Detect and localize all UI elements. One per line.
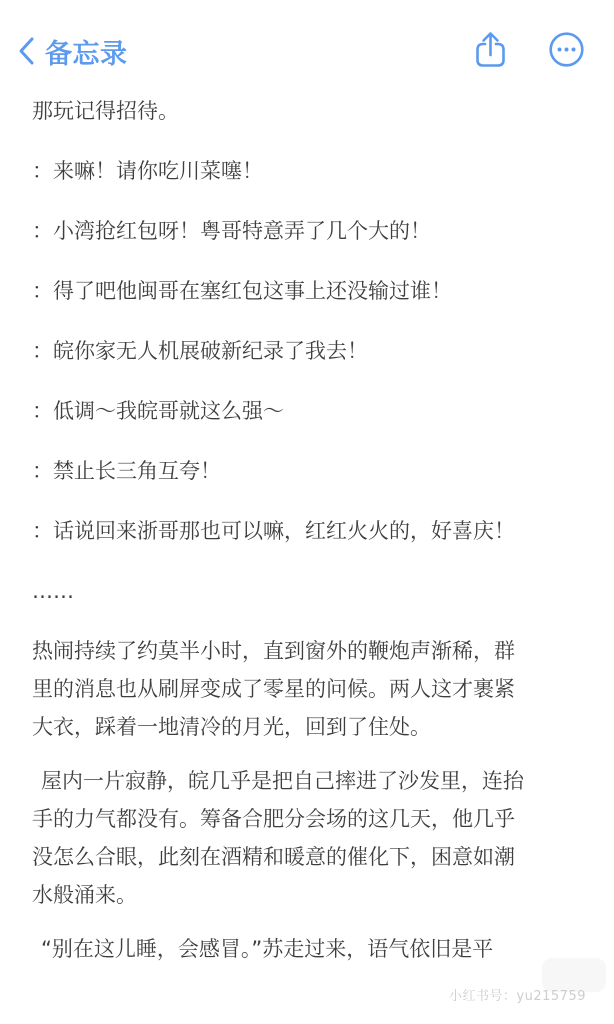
note-line: ：禁止长三角互夸！ xyxy=(32,452,582,490)
ellipsis-circle-icon xyxy=(549,55,584,70)
note-paragraph: 屋内一片寂静，皖几乎是把自己摔进了沙发里，连抬 手的力气都没有。筹备合肥分会场的… xyxy=(32,762,582,914)
note-line: ：低调～我皖哥就这么强～ xyxy=(32,392,582,430)
note-paragraph: “别在这儿睡，会感冒。”苏走过来，语气依旧是平 xyxy=(32,930,582,968)
more-button[interactable] xyxy=(549,32,584,70)
note-line: ：皖你家无人机展破新纪录了我去！ xyxy=(32,332,582,370)
note-content[interactable]: 那玩记得招待。 ：来嘛！请你吃川菜噻！ ：小湾抢红包呀！粤哥特意弄了几个大的！ … xyxy=(0,74,614,968)
note-paragraph: 热闹持续了约莫半小时，直到窗外的鞭炮声渐稀，群 里的消息也从刷屏变成了零星的问候… xyxy=(32,632,582,746)
note-line: ：小湾抢红包呀！粤哥特意弄了几个大的！ xyxy=(32,212,582,250)
share-button[interactable] xyxy=(474,31,507,71)
note-ellipsis-line: …… xyxy=(32,572,582,610)
note-line: ：得了吧他闽哥在塞红包这事上还没输过谁！ xyxy=(32,272,582,310)
share-icon xyxy=(474,56,507,71)
note-line: ：来嘛！请你吃川菜噻！ xyxy=(32,152,582,190)
back-button[interactable]: 备忘录 xyxy=(18,32,128,71)
page-title: 备忘录 xyxy=(45,32,128,71)
watermark-text: 小红书号：yu215759 xyxy=(449,985,586,1004)
header: 备忘录 xyxy=(0,0,614,74)
chevron-left-icon xyxy=(18,36,35,66)
note-line: ：话说回来浙哥那也可以嘛，红红火火的，好喜庆！ xyxy=(32,512,582,550)
note-line: 那玩记得招待。 xyxy=(32,92,582,130)
notes-app-screen: 备忘录 那玩记得招待。 xyxy=(0,0,614,1024)
